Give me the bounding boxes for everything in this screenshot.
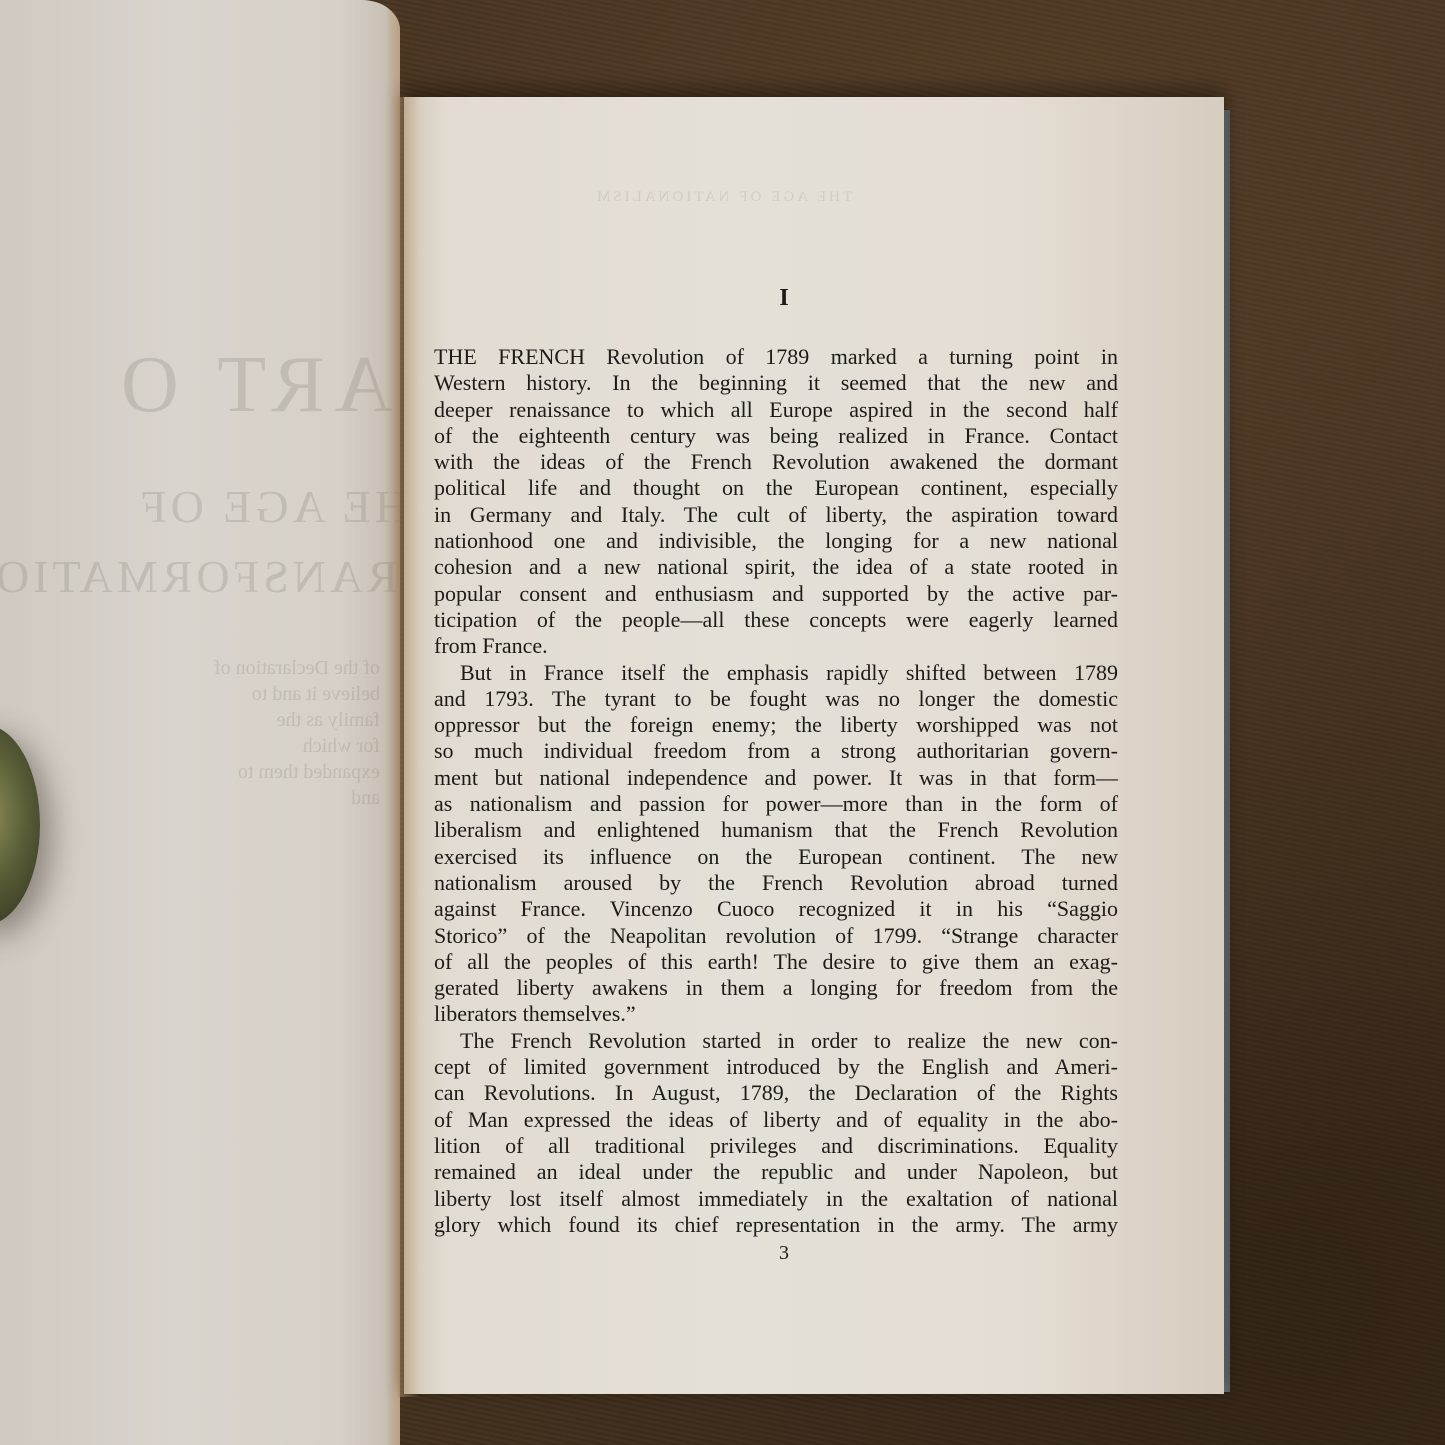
- paragraph-3: The French Revolution started in order t…: [434, 1028, 1118, 1238]
- page-number: 3: [404, 1242, 1164, 1265]
- text-line: Western history. In the beginning it see…: [434, 370, 1118, 396]
- text-line: nationhood one and indivisible, the long…: [434, 528, 1118, 554]
- text-line: liberators themselves.”: [434, 1001, 1118, 1027]
- paragraph-2: But in France itself the emphasis rapidl…: [434, 660, 1118, 1028]
- text-line: THE FRENCH Revolution of 1789 marked a t…: [434, 344, 1118, 370]
- bleed-line: believe it and to: [214, 681, 380, 707]
- text-line: in Germany and Italy. The cult of libert…: [434, 502, 1118, 528]
- text-line: nationalism aroused by the French Revolu…: [434, 870, 1118, 896]
- right-page: THE AGE OF NATIONALISM I THE FRENCH Revo…: [404, 97, 1224, 1394]
- text-line: with the ideas of the French Revolution …: [434, 449, 1118, 475]
- text-line: But in France itself the emphasis rapidl…: [434, 660, 1118, 686]
- text-line: of all the peoples of this earth! The de…: [434, 949, 1118, 975]
- text-line: exercised its influence on the European …: [434, 844, 1118, 870]
- text-line: gerated liberty awakens in them a longin…: [434, 975, 1118, 1001]
- text-line: remained an ideal under the republic and…: [434, 1159, 1118, 1185]
- text-line: The French Revolution started in order t…: [434, 1028, 1118, 1054]
- text-line: so much individual freedom from a strong…: [434, 738, 1118, 764]
- text-line: of Man expressed the ideas of liberty an…: [434, 1107, 1118, 1133]
- text-line: oppressor but the foreign enemy; the lib…: [434, 712, 1118, 738]
- text-line: ticipation of the people—all these conce…: [434, 607, 1118, 633]
- text-line: can Revolutions. In August, 1789, the De…: [434, 1080, 1118, 1106]
- text-line: cohesion and a new national spirit, the …: [434, 554, 1118, 580]
- text-line: political life and thought on the Europe…: [434, 475, 1118, 501]
- text-line: against France. Vincenzo Cuoco recognize…: [434, 896, 1118, 922]
- text-line: glory which found its chief representati…: [434, 1212, 1118, 1238]
- text-line: liberalism and enlightened humanism that…: [434, 817, 1118, 843]
- text-line: and 1793. The tyrant to be fought was no…: [434, 686, 1118, 712]
- bleed-line: for which: [214, 733, 380, 759]
- bleed-line: family as the: [214, 707, 380, 733]
- text-line: deeper renaissance to which all Europe a…: [434, 397, 1118, 423]
- text-line: liberty lost itself almost immediately i…: [434, 1186, 1118, 1212]
- paragraph-1: THE FRENCH Revolution of 1789 marked a t…: [434, 344, 1118, 660]
- text-line: of the eighteenth century was being real…: [434, 423, 1118, 449]
- bleed-through-running-head: THE AGE OF NATIONALISM: [594, 189, 852, 206]
- bleed-through-title-line-2: TRANSFORMATIO: [0, 550, 400, 603]
- green-stone-object: [0, 725, 40, 925]
- bleed-through-part-heading: PART O: [111, 340, 400, 431]
- text-line: popular consent and enthusiasm and suppo…: [434, 581, 1118, 607]
- left-page: PART O THE AGE OF TRANSFORMATIO of the D…: [0, 0, 400, 1445]
- body-text: THE FRENCH Revolution of 1789 marked a t…: [434, 344, 1118, 1238]
- text-line: ment but national independence and power…: [434, 765, 1118, 791]
- text-line: cept of limited government introduced by…: [434, 1054, 1118, 1080]
- chapter-number: I: [404, 285, 1164, 312]
- bleed-line: of the Declaration of: [214, 655, 380, 681]
- bleed-through-title-line-1: THE AGE OF: [137, 480, 400, 533]
- text-line: as nationalism and passion for power—mor…: [434, 791, 1118, 817]
- text-line: Storico” of the Neapolitan revolution of…: [434, 923, 1118, 949]
- book-gutter: [398, 97, 420, 1397]
- text-line: lition of all traditional privileges and…: [434, 1133, 1118, 1159]
- text-line: from France.: [434, 633, 1118, 659]
- bleed-line: expanded them to: [214, 759, 380, 785]
- bleed-through-body: of the Declaration of believe it and to …: [214, 655, 380, 811]
- bleed-line: and: [214, 785, 380, 811]
